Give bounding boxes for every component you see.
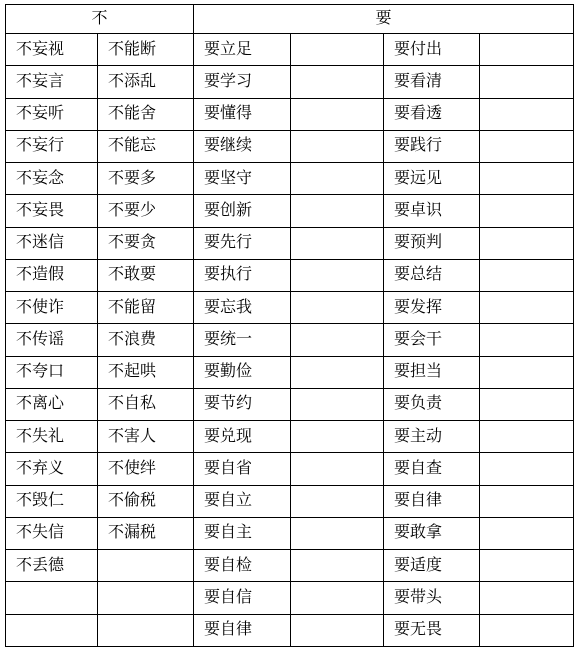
table-cell: [291, 66, 384, 98]
table-cell: 要执行: [194, 259, 291, 291]
table-cell: [480, 388, 574, 420]
table-cell: [291, 485, 384, 517]
table-cell: 不起哄: [98, 356, 194, 388]
table-row: 不毁仁不偷税要自立要自律: [6, 485, 574, 517]
table-cell: 要卓识: [384, 195, 480, 227]
table-row: 不弃义不使绊要自省要自查: [6, 453, 574, 485]
table-cell: 要无畏: [384, 614, 480, 647]
table-cell: 要看透: [384, 98, 480, 130]
table-cell: [291, 388, 384, 420]
table-cell: 要践行: [384, 130, 480, 162]
table-cell: [480, 421, 574, 453]
table-row: 不妄言不添乱要学习要看清: [6, 66, 574, 98]
table-cell: 不偷税: [98, 485, 194, 517]
table-cell: [480, 485, 574, 517]
table-row: 不使诈不能留要忘我要发挥: [6, 292, 574, 324]
table-cell: [291, 227, 384, 259]
table-row: 不失礼不害人要兑现要主动: [6, 421, 574, 453]
table-cell: 不迷信: [6, 227, 98, 259]
table-cell: 要创新: [194, 195, 291, 227]
table-cell: 要自省: [194, 453, 291, 485]
table-cell: 要统一: [194, 324, 291, 356]
table-cell: [480, 324, 574, 356]
table-header: 不 要: [6, 5, 574, 34]
table-cell: 不敢要: [98, 259, 194, 291]
table-cell: 要立足: [194, 34, 291, 66]
table-cell: 要自主: [194, 517, 291, 549]
table-cell: 要远见: [384, 163, 480, 195]
table-cell: [291, 453, 384, 485]
table-cell: 要先行: [194, 227, 291, 259]
table-cell: [291, 34, 384, 66]
table-cell: [480, 259, 574, 291]
table-cell: 不能舍: [98, 98, 194, 130]
table-cell: 要自信: [194, 582, 291, 614]
table-cell: 不添乱: [98, 66, 194, 98]
table-cell: 不要贪: [98, 227, 194, 259]
table-cell: 不浪费: [98, 324, 194, 356]
table-cell: [98, 582, 194, 614]
table-cell: [480, 292, 574, 324]
table-cell: 不能断: [98, 34, 194, 66]
table-cell: 要坚守: [194, 163, 291, 195]
table-row: 不妄视不能断要立足要付出: [6, 34, 574, 66]
table-cell: [6, 582, 98, 614]
table-cell: 不妄畏: [6, 195, 98, 227]
table-cell: 不失信: [6, 517, 98, 549]
table-cell: 不妄视: [6, 34, 98, 66]
table-cell: 要预判: [384, 227, 480, 259]
table-row: 不传谣不浪费要统一要会干: [6, 324, 574, 356]
table-cell: 不夸口: [6, 356, 98, 388]
table-cell: 不使诈: [6, 292, 98, 324]
table-cell: 不自私: [98, 388, 194, 420]
table-cell: 不毁仁: [6, 485, 98, 517]
table-cell: 不使绊: [98, 453, 194, 485]
table-body: 不妄视不能断要立足要付出不妄言不添乱要学习要看清不妄听不能舍要懂得要看透不妄行不…: [6, 34, 574, 647]
table-cell: 要带头: [384, 582, 480, 614]
table-cell: 要会干: [384, 324, 480, 356]
table-cell: [480, 163, 574, 195]
table-row: 要自律要无畏: [6, 614, 574, 647]
table-cell: [98, 614, 194, 647]
table-cell: 要负责: [384, 388, 480, 420]
table-row: 不妄畏不要少要创新要卓识: [6, 195, 574, 227]
table-cell: 要总结: [384, 259, 480, 291]
table-row: 不夸口不起哄要勤俭要担当: [6, 356, 574, 388]
table-cell: [291, 130, 384, 162]
table-cell: [480, 98, 574, 130]
table-cell: [480, 614, 574, 647]
table-cell: 要担当: [384, 356, 480, 388]
table-cell: 不丢德: [6, 550, 98, 582]
table-cell: 不传谣: [6, 324, 98, 356]
header-cell-no: 不: [6, 5, 194, 34]
table-cell: 不离心: [6, 388, 98, 420]
header-row: 不 要: [6, 5, 574, 34]
table-cell: 要继续: [194, 130, 291, 162]
table-cell: [291, 421, 384, 453]
table-cell: 要自律: [194, 614, 291, 647]
table-cell: 不能忘: [98, 130, 194, 162]
table-cell: 要发挥: [384, 292, 480, 324]
table-cell: [291, 324, 384, 356]
table-cell: 不弃义: [6, 453, 98, 485]
table-cell: 要勤俭: [194, 356, 291, 388]
table-cell: [480, 356, 574, 388]
table-cell: [291, 582, 384, 614]
table-cell: [480, 195, 574, 227]
table-cell: 不失礼: [6, 421, 98, 453]
table-row: 不妄念不要多要坚守要远见: [6, 163, 574, 195]
table-cell: 不妄行: [6, 130, 98, 162]
table-cell: 要懂得: [194, 98, 291, 130]
table-cell: 要自检: [194, 550, 291, 582]
table-cell: [291, 98, 384, 130]
table-cell: 要主动: [384, 421, 480, 453]
table-row: 不迷信不要贪要先行要预判: [6, 227, 574, 259]
table-cell: 要看清: [384, 66, 480, 98]
table-cell: [98, 550, 194, 582]
table-cell: [480, 66, 574, 98]
table-cell: [480, 517, 574, 549]
table-row: 不妄行不能忘要继续要践行: [6, 130, 574, 162]
table-cell: [480, 227, 574, 259]
table-cell: [291, 163, 384, 195]
table-cell: 要自立: [194, 485, 291, 517]
table-cell: [291, 292, 384, 324]
table-cell: 不要少: [98, 195, 194, 227]
table-cell: 要付出: [384, 34, 480, 66]
table-cell: 不妄念: [6, 163, 98, 195]
table-cell: [480, 130, 574, 162]
table-cell: [291, 550, 384, 582]
table-cell: 不漏税: [98, 517, 194, 549]
table-cell: 要自查: [384, 453, 480, 485]
table-cell: 不要多: [98, 163, 194, 195]
table-cell: 要节约: [194, 388, 291, 420]
table-cell: [480, 550, 574, 582]
table-cell: 不害人: [98, 421, 194, 453]
table-cell: 要自律: [384, 485, 480, 517]
table-row: 不丢德要自检要适度: [6, 550, 574, 582]
table-cell: 要学习: [194, 66, 291, 98]
table-row: 不失信不漏税要自主要敢拿: [6, 517, 574, 549]
table-cell: 要忘我: [194, 292, 291, 324]
table-row: 不妄听不能舍要懂得要看透: [6, 98, 574, 130]
table-cell: 要适度: [384, 550, 480, 582]
table-cell: [291, 614, 384, 647]
table-cell: 不妄听: [6, 98, 98, 130]
table-cell: 要敢拿: [384, 517, 480, 549]
table-cell: [480, 34, 574, 66]
table-cell: 不妄言: [6, 66, 98, 98]
table-cell: 不能留: [98, 292, 194, 324]
table-cell: [480, 582, 574, 614]
table-cell: [6, 614, 98, 647]
table-cell: 要兑现: [194, 421, 291, 453]
header-cell-yes: 要: [194, 5, 574, 34]
table-cell: [480, 453, 574, 485]
table-cell: [291, 259, 384, 291]
table-row: 不离心不自私要节约要负责: [6, 388, 574, 420]
table-row: 要自信要带头: [6, 582, 574, 614]
table-cell: [291, 356, 384, 388]
do-dont-table: 不 要 不妄视不能断要立足要付出不妄言不添乱要学习要看清不妄听不能舍要懂得要看透…: [5, 4, 574, 647]
table-cell: 不造假: [6, 259, 98, 291]
table-row: 不造假不敢要要执行要总结: [6, 259, 574, 291]
table-cell: [291, 517, 384, 549]
table-cell: [291, 195, 384, 227]
